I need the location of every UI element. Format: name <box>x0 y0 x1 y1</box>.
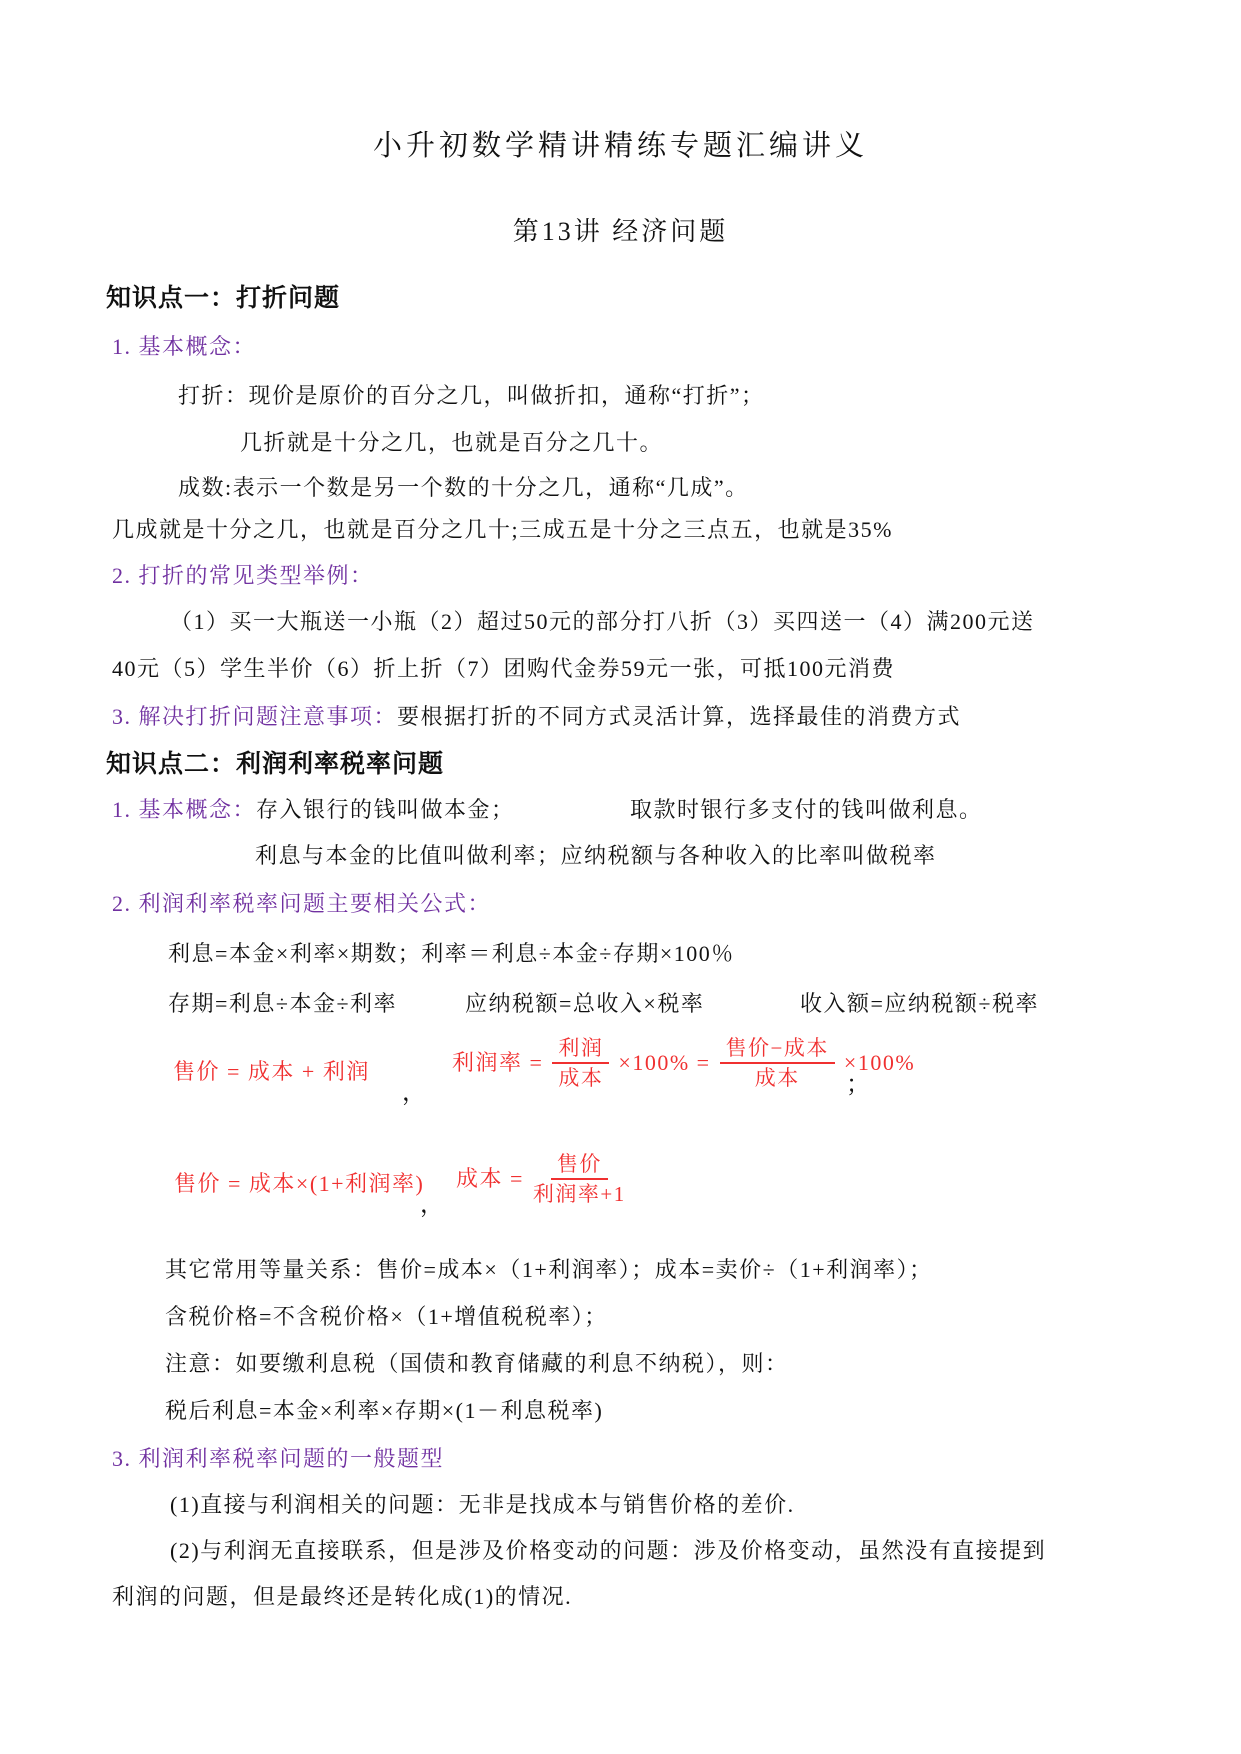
note-line: 注意：如要缴利息税（国债和教育储藏的利息不纳税），则： <box>165 1350 789 1378</box>
problem-type2-line1: (2)与利润无直接联系，但是涉及价格变动的问题：涉及价格变动，虽然没有直接提到 <box>170 1537 1046 1565</box>
doc-title: 小升初数学精讲精练专题汇编讲义 <box>0 128 1241 164</box>
s1-point2-label: 2. 打折的常见类型举例： <box>112 562 374 590</box>
red-formula-separator-comma1: ， <box>402 1078 426 1108</box>
s1-point3-line: 3. 解决打折问题注意事项：要根据打折的不同方式灵活计算，选择最佳的消费方式 <box>112 703 961 731</box>
problem-type2-line2: 利润的问题，但是最终还是转化成(1)的情况. <box>112 1583 572 1611</box>
s1-point3-label: 3. 解决打折问题注意事项： <box>112 704 397 729</box>
s1-examples-line2: 40元（5）学生半价（6）折上折（7）团购代金券59元一张，可抵100元消费 <box>112 655 895 683</box>
red-formula-separator-comma2: ， <box>420 1190 444 1220</box>
s1-examples-line1: （1）买一大瓶送一小瓶（2）超过50元的部分打八折（3）买四送一（4）满200元… <box>170 608 1035 636</box>
other-relations-line: 其它常用等量关系：售价=成本×（1+利润率）；成本=卖价÷（1+利润率）； <box>165 1256 933 1284</box>
profit-rate-lhs: 利润率 = <box>452 1049 543 1077</box>
s2-principal-definition: 存入银行的钱叫做本金； <box>256 797 515 822</box>
fraction-denominator: 成本 <box>558 1064 603 1090</box>
s1-point1-label: 1. 基本概念： <box>112 333 256 361</box>
s1-chengshu-definition: 成数:表示一个数是另一个数的十分之几，通称“几成”。 <box>178 474 749 502</box>
fraction-price-minus-cost-over-cost: 售价−成本 成本 <box>720 1036 835 1090</box>
fraction-numerator: 售价−成本 <box>720 1036 835 1064</box>
profit-rate-mid: ×100% = <box>618 1049 710 1077</box>
tax-price-line: 含税价格=不含税价格×（1+增值税税率）； <box>165 1303 608 1331</box>
fraction-numerator: 利润 <box>552 1036 609 1064</box>
red-formula-separator-semicolon: ； <box>846 1070 870 1100</box>
s2-point3-label: 3. 利润利率税率问题的一般题型 <box>112 1445 444 1473</box>
document-page: 小升初数学精讲精练专题汇编讲义 第13讲 经济问题 知识点一：打折问题 1. 基… <box>0 0 1241 1754</box>
s1-discount-definition: 打折：现价是原价的百分之几，叫做折扣，通称“打折”； <box>178 382 765 410</box>
formula-term: 存期=利息÷本金÷利率 <box>168 990 397 1018</box>
doc-subtitle: 第13讲 经济问题 <box>0 216 1241 249</box>
cost-lhs: 成本 = <box>456 1165 524 1193</box>
s2-interest-definition: 取款时银行多支付的钱叫做利息。 <box>630 796 983 824</box>
s1-chengshu-explanation: 几成就是十分之几，也就是百分之几十;三成五是十分之三点五，也就是35% <box>112 516 893 544</box>
s2-point2-label: 2. 利润利率税率问题主要相关公式： <box>112 890 491 918</box>
fraction-profit-over-cost: 利润 成本 <box>552 1036 609 1090</box>
section2-heading: 知识点二：利润利率税率问题 <box>106 749 444 780</box>
fraction-denominator: 成本 <box>755 1064 800 1090</box>
section1-heading: 知识点一：打折问题 <box>106 283 340 314</box>
fraction-numerator: 售价 <box>551 1152 608 1180</box>
fraction-denominator: 利润率+1 <box>533 1180 626 1206</box>
formula-taxable: 应纳税额=总收入×税率 <box>465 990 704 1018</box>
red-formula-price-sum: 售价 = 成本 + 利润 <box>173 1058 370 1086</box>
s1-point3-text: 要根据打折的不同方式灵活计算，选择最佳的消费方式 <box>397 704 961 729</box>
s2-point1-label: 1. 基本概念： <box>112 797 256 822</box>
s2-rate-definition: 利息与本金的比值叫做利率；应纳税额与各种收入的比率叫做税率 <box>255 842 937 870</box>
red-formula-price-mul: 售价 = 成本×(1+利润率) <box>174 1170 424 1198</box>
formula-income: 收入额=应纳税额÷税率 <box>800 990 1039 1018</box>
red-formula-cost: 成本 = 售价 利润率+1 <box>456 1145 635 1213</box>
fraction-price-over-rate-plus-1: 售价 利润率+1 <box>533 1152 626 1206</box>
s1-discount-explanation: 几折就是十分之几，也就是百分之几十。 <box>240 429 663 457</box>
after-tax-interest-line: 税后利息=本金×利率×存期×(1－利息税率) <box>165 1397 603 1425</box>
s2-point1-line1: 1. 基本概念：存入银行的钱叫做本金； <box>112 796 515 824</box>
formula-interest-line: 利息=本金×利率×期数；利率＝利息÷本金÷存期×100％ <box>168 940 735 968</box>
problem-type1-line: (1)直接与利润相关的问题：无非是找成本与销售价格的差价. <box>170 1491 795 1519</box>
